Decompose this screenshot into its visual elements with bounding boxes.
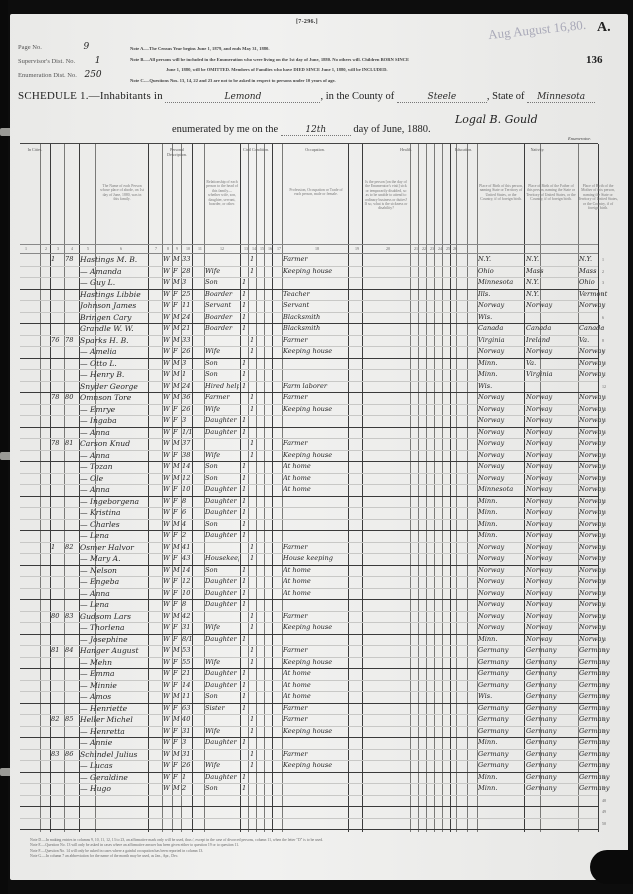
sex-value: M bbox=[173, 382, 181, 390]
dwelling-number: 83 bbox=[51, 750, 64, 758]
column-number: 2 bbox=[45, 246, 47, 251]
married-mark: 1 bbox=[250, 347, 256, 355]
person-name: Hanger August bbox=[80, 646, 162, 655]
family-number: 81 bbox=[65, 439, 79, 447]
age-value: 14 bbox=[182, 681, 193, 689]
birthplace-person: Norway bbox=[478, 543, 524, 551]
birthplace-father: N.Y. bbox=[526, 278, 576, 286]
enumerator-label: Enumerator. bbox=[568, 136, 591, 141]
married-mark: 1 bbox=[250, 439, 256, 447]
page-no-value: 9 bbox=[83, 42, 89, 52]
color-value: W bbox=[163, 715, 172, 723]
single-mark: 1 bbox=[242, 520, 248, 528]
birthplace-father: Norway bbox=[526, 600, 576, 608]
line-number: 1 bbox=[602, 257, 604, 262]
married-mark: 1 bbox=[250, 658, 256, 666]
table-row: 50 bbox=[20, 818, 598, 831]
birthplace-father: Norway bbox=[526, 508, 576, 516]
nativity-group-header: Nativity. bbox=[477, 147, 598, 152]
person-name: — Anna bbox=[80, 589, 162, 598]
relationship-value: Daughter bbox=[205, 669, 239, 677]
birthplace-father: Norway bbox=[526, 347, 576, 355]
age-value: 21 bbox=[182, 669, 193, 677]
occupation-value: Farmer bbox=[283, 439, 347, 447]
birthplace-person: Norway bbox=[478, 416, 524, 424]
column-number: 13 bbox=[244, 246, 248, 251]
color-value: W bbox=[163, 347, 172, 355]
birthplace-father: Mass bbox=[526, 267, 576, 275]
sex-value: F bbox=[173, 681, 181, 689]
birthplace-mother: Norway bbox=[579, 405, 619, 413]
person-name: — Annie bbox=[80, 738, 162, 747]
age-value: 36 bbox=[182, 393, 193, 401]
person-name: Gudsom Lars bbox=[80, 612, 162, 621]
color-value: W bbox=[163, 439, 172, 447]
birthplace-father: Norway bbox=[526, 416, 576, 424]
color-value: W bbox=[163, 278, 172, 286]
birthplace-mother: Norway bbox=[579, 566, 619, 574]
column-number: 18 bbox=[315, 246, 319, 251]
line-number: 31 bbox=[602, 602, 606, 607]
birthplace-father: Germany bbox=[526, 784, 576, 792]
column-number: 23 bbox=[430, 246, 434, 251]
note-a: Note A.—The Census Year begins June 1, 1… bbox=[130, 46, 270, 51]
age-value: 8/12 bbox=[182, 635, 193, 643]
person-name: — Ingaba bbox=[80, 416, 162, 425]
state-value: Minnesota bbox=[527, 92, 595, 103]
occupation-value: Farmer bbox=[283, 715, 347, 723]
birthplace-person: Germany bbox=[478, 646, 524, 654]
relationship-value: Wife bbox=[205, 267, 239, 275]
birthplace-mother: Norway bbox=[579, 370, 619, 378]
sex-value: M bbox=[173, 255, 181, 263]
birthplace-mother: Germany bbox=[579, 715, 619, 723]
dwelling-number: 1 bbox=[51, 255, 64, 263]
color-value: W bbox=[163, 462, 172, 470]
birthplace-mother: Germany bbox=[579, 658, 619, 666]
line-number: 11 bbox=[602, 372, 606, 377]
color-value: W bbox=[163, 784, 172, 792]
color-value: W bbox=[163, 646, 172, 654]
birthplace-person: Minn. bbox=[478, 531, 524, 539]
birthplace-father: Virginia bbox=[526, 370, 576, 378]
column-number: 3 bbox=[57, 246, 59, 251]
person-name: — Emma bbox=[80, 669, 162, 678]
column-number: 7 bbox=[155, 246, 157, 251]
birthplace-person: Minn. bbox=[478, 773, 524, 781]
birthplace-father: Norway bbox=[526, 612, 576, 620]
line-number: 14 bbox=[602, 407, 606, 412]
column-number: 22 bbox=[422, 246, 426, 251]
line-number: 25 bbox=[602, 533, 606, 538]
occupation-value: Farmer bbox=[283, 750, 347, 758]
color-value: W bbox=[163, 704, 172, 712]
age-value: 26 bbox=[182, 405, 193, 413]
single-mark: 1 bbox=[242, 278, 248, 286]
scanner-thumb-shadow bbox=[590, 850, 633, 884]
line-number: 10 bbox=[602, 361, 606, 366]
relationship-value: Wife bbox=[205, 658, 239, 666]
birthplace-mother: Norway bbox=[579, 497, 619, 505]
age-value: 3 bbox=[182, 359, 193, 367]
person-name: Bringen Cary bbox=[80, 313, 162, 322]
birthplace-person: Germany bbox=[478, 750, 524, 758]
age-value: 6 bbox=[182, 508, 193, 516]
column-number: 14 bbox=[252, 246, 256, 251]
sex-value: M bbox=[173, 474, 181, 482]
line-number: 50 bbox=[602, 821, 606, 826]
column-number: 6 bbox=[120, 246, 122, 251]
sex-value: F bbox=[173, 267, 181, 275]
sex-value: F bbox=[173, 485, 181, 493]
sex-value: F bbox=[173, 727, 181, 735]
birthplace-mother: Norway bbox=[579, 451, 619, 459]
column-number: 26 bbox=[453, 246, 457, 251]
relationship-value: Daughter bbox=[205, 600, 239, 608]
occupation-column-header: Profession, Occupation or Trade of each … bbox=[286, 188, 346, 197]
single-mark: 1 bbox=[242, 382, 248, 390]
single-mark: 1 bbox=[242, 589, 248, 597]
birthplace-person: Norway bbox=[478, 428, 524, 436]
single-mark: 1 bbox=[242, 635, 248, 643]
sex-value: M bbox=[173, 324, 181, 332]
occupation-value: At home bbox=[283, 692, 347, 700]
color-value: W bbox=[163, 566, 172, 574]
birthplace-mother: Norway bbox=[579, 623, 619, 631]
color-value: W bbox=[163, 474, 172, 482]
line-number: 8 bbox=[602, 338, 604, 343]
married-mark: 1 bbox=[250, 727, 256, 735]
health-group-header: Health. bbox=[362, 147, 450, 152]
age-value: 10 bbox=[182, 589, 193, 597]
person-name: — Nelson bbox=[80, 566, 162, 575]
line-number: 47 bbox=[602, 786, 606, 791]
relationship-value: Daughter bbox=[205, 589, 239, 597]
person-name: Grandle W. W. bbox=[80, 324, 162, 333]
census-table: In Cities. Personal Description. Civil C… bbox=[20, 143, 598, 832]
birthplace-father: Norway bbox=[526, 577, 576, 585]
birthplace-mother: Germany bbox=[579, 738, 619, 746]
color-value: W bbox=[163, 750, 172, 758]
line-number: 9 bbox=[602, 349, 604, 354]
birthplace-mother: Norway bbox=[579, 577, 619, 585]
age-value: 38 bbox=[182, 451, 193, 459]
relationship-value: Hired help bbox=[205, 382, 239, 390]
relationship-value: Boarder bbox=[205, 313, 239, 321]
age-value: 55 bbox=[182, 658, 193, 666]
sex-value: F bbox=[173, 738, 181, 746]
birthplace-father: Norway bbox=[526, 462, 576, 470]
age-value: 11 bbox=[182, 692, 193, 700]
sex-value: M bbox=[173, 278, 181, 286]
sex-value: M bbox=[173, 520, 181, 528]
birthplace-mother: Norway bbox=[579, 301, 619, 309]
age-value: 12 bbox=[182, 474, 193, 482]
person-name: — Amanda bbox=[80, 267, 162, 276]
occupation-value: Keeping house bbox=[283, 405, 347, 413]
sex-value: F bbox=[173, 451, 181, 459]
birthplace-mother: Norway bbox=[579, 474, 619, 482]
birthplace-person: Norway bbox=[478, 474, 524, 482]
birthplace-person: Wis. bbox=[478, 313, 524, 321]
age-value: 28 bbox=[182, 267, 193, 275]
schedule-letter: A. bbox=[597, 20, 611, 36]
occupation-value: Farmer bbox=[283, 646, 347, 654]
married-mark: 1 bbox=[250, 405, 256, 413]
occupation-value: At home bbox=[283, 577, 347, 585]
age-value: 43 bbox=[182, 554, 193, 562]
single-mark: 1 bbox=[242, 370, 248, 378]
color-value: W bbox=[163, 324, 172, 332]
person-name: — Tozan bbox=[80, 462, 162, 471]
age-value: 12 bbox=[182, 577, 193, 585]
relationship-value: Daughter bbox=[205, 497, 239, 505]
single-mark: 1 bbox=[242, 566, 248, 574]
line-number: 20 bbox=[602, 476, 606, 481]
column-number-row: 1234567891011121314151617181920212223242… bbox=[20, 244, 598, 254]
single-mark: 1 bbox=[242, 600, 248, 608]
enumerator-signature: Logal B. Gould bbox=[455, 113, 538, 126]
birthplace-person: Norway bbox=[478, 589, 524, 597]
column-number: 19 bbox=[355, 246, 359, 251]
column-number: 16 bbox=[268, 246, 272, 251]
page-no-label: Page No. bbox=[18, 44, 42, 51]
single-mark: 1 bbox=[242, 531, 248, 539]
person-name: — Lena bbox=[80, 531, 162, 540]
single-mark: 1 bbox=[242, 462, 248, 470]
birthplace-person: Norway bbox=[478, 600, 524, 608]
color-value: W bbox=[163, 589, 172, 597]
birthplace-person: Minn. bbox=[478, 784, 524, 792]
sex-value: F bbox=[173, 589, 181, 597]
color-value: W bbox=[163, 497, 172, 505]
birthplace-person: Wis. bbox=[478, 692, 524, 700]
age-value: 8 bbox=[182, 600, 193, 608]
line-number: 4 bbox=[602, 292, 604, 297]
sex-value: M bbox=[173, 692, 181, 700]
birthplace-father: Germany bbox=[526, 750, 576, 758]
birthplace-person: Ills. bbox=[478, 290, 524, 298]
line-number: 30 bbox=[602, 591, 606, 596]
birthplace-mother: Norway bbox=[579, 531, 619, 539]
birthplace-father: Canada bbox=[526, 324, 576, 332]
column-header-area: In Cities. Personal Description. Civil C… bbox=[20, 144, 598, 244]
birthplace-person: Germany bbox=[478, 704, 524, 712]
person-name: — Ole bbox=[80, 474, 162, 483]
relationship-value: Daughter bbox=[205, 485, 239, 493]
relationship-value: Daughter bbox=[205, 738, 239, 746]
single-mark: 1 bbox=[242, 692, 248, 700]
line-number: 12 bbox=[602, 384, 606, 389]
married-mark: 1 bbox=[250, 554, 256, 562]
person-name: — Josephine bbox=[80, 635, 162, 644]
birthplace-person: Norway bbox=[478, 451, 524, 459]
birthplace-mother: Norway bbox=[579, 416, 619, 424]
line-number: 16 bbox=[602, 430, 606, 435]
color-value: W bbox=[163, 681, 172, 689]
dwelling-number: 80 bbox=[51, 612, 64, 620]
column-number: 9 bbox=[176, 246, 178, 251]
color-value: W bbox=[163, 531, 172, 539]
line-number: 21 bbox=[602, 487, 606, 492]
birthplace-mother-header: Place of Birth of the Mother of this per… bbox=[578, 184, 618, 210]
person-name: — Anna bbox=[80, 428, 162, 437]
sex-value: F bbox=[173, 497, 181, 505]
supervisor-dist-label: Supervisor's Dist. No. bbox=[18, 58, 75, 65]
person-name: — Emrye bbox=[80, 405, 162, 414]
birthplace-person: Norway bbox=[478, 623, 524, 631]
birthplace-father: Germany bbox=[526, 692, 576, 700]
married-mark: 1 bbox=[250, 750, 256, 758]
occupation-value: At home bbox=[283, 474, 347, 482]
person-name: — Amelia bbox=[80, 347, 162, 356]
relationship-value: Wife bbox=[205, 451, 239, 459]
sex-value: F bbox=[173, 704, 181, 712]
person-name: Johnson James bbox=[80, 301, 162, 310]
birthplace-person: Virginia bbox=[478, 336, 524, 344]
sex-value: M bbox=[173, 566, 181, 574]
line-number: 24 bbox=[602, 522, 606, 527]
single-mark: 1 bbox=[242, 428, 248, 436]
page-no-field: Page No. 9 bbox=[18, 42, 89, 52]
occupation-value: Keeping house bbox=[283, 658, 347, 666]
occupation-value: At home bbox=[283, 589, 347, 597]
color-value: W bbox=[163, 635, 172, 643]
birthplace-father: Norway bbox=[526, 635, 576, 643]
single-mark: 1 bbox=[242, 508, 248, 516]
line-number: 18 bbox=[602, 453, 606, 458]
occupation-value: Blacksmith bbox=[283, 324, 347, 332]
enumeration-date-line: enumerated by me on the 12th day of June… bbox=[172, 124, 431, 136]
column-number: 11 bbox=[198, 246, 202, 251]
birthplace-father: Germany bbox=[526, 646, 576, 654]
birthplace-mother: Norway bbox=[579, 543, 619, 551]
person-name: — Thorlena bbox=[80, 623, 162, 632]
sex-value: F bbox=[173, 301, 181, 309]
color-value: W bbox=[163, 761, 172, 769]
birthplace-person: Norway bbox=[478, 393, 524, 401]
birthplace-father-header: Place of Birth of the Father of this per… bbox=[526, 184, 576, 202]
township-value: Lemond bbox=[165, 92, 320, 103]
birthplace-mother: Norway bbox=[579, 589, 619, 597]
sex-value: M bbox=[173, 784, 181, 792]
married-mark: 1 bbox=[250, 715, 256, 723]
age-value: 41 bbox=[182, 543, 193, 551]
occupation-value: At home bbox=[283, 681, 347, 689]
footnotes: Note D.—In making entries in columns 9, … bbox=[30, 838, 323, 860]
sex-value: F bbox=[173, 623, 181, 631]
age-value: 1/12 bbox=[182, 428, 193, 436]
birthplace-mother: Ohio bbox=[579, 278, 619, 286]
age-value: 21 bbox=[182, 324, 193, 332]
birthplace-person: Minn. bbox=[478, 508, 524, 516]
relationship-value: Daughter bbox=[205, 508, 239, 516]
line-number: 7 bbox=[602, 326, 604, 331]
column-number: 10 bbox=[186, 246, 190, 251]
color-value: W bbox=[163, 301, 172, 309]
birthplace-father: Norway bbox=[526, 531, 576, 539]
age-value: 4 bbox=[182, 520, 193, 528]
sex-value: F bbox=[173, 531, 181, 539]
color-value: W bbox=[163, 508, 172, 516]
relationship-value: Wife bbox=[205, 727, 239, 735]
sex-value: F bbox=[173, 554, 181, 562]
age-value: 31 bbox=[182, 623, 193, 631]
birthplace-mother: Norway bbox=[579, 612, 619, 620]
relationship-value: Daughter bbox=[205, 577, 239, 585]
birthplace-father: Germany bbox=[526, 658, 576, 666]
line-number: 19 bbox=[602, 464, 606, 469]
sex-value: M bbox=[173, 313, 181, 321]
line-number: 44 bbox=[602, 752, 606, 757]
line-number: 42 bbox=[602, 729, 606, 734]
family-number: 84 bbox=[65, 646, 79, 654]
birthplace-person: Minn. bbox=[478, 635, 524, 643]
birthplace-father: Norway bbox=[526, 566, 576, 574]
birthplace-father: Germany bbox=[526, 738, 576, 746]
column-number: 12 bbox=[220, 246, 224, 251]
color-value: W bbox=[163, 692, 172, 700]
sex-value: F bbox=[173, 773, 181, 781]
relationship-value: Son bbox=[205, 462, 239, 470]
age-value: 53 bbox=[182, 646, 193, 654]
color-value: W bbox=[163, 267, 172, 275]
birthplace-mother: Norway bbox=[579, 635, 619, 643]
single-mark: 1 bbox=[242, 681, 248, 689]
age-value: 25 bbox=[182, 290, 193, 298]
age-value: 37 bbox=[182, 439, 193, 447]
sex-value: F bbox=[173, 577, 181, 585]
relationship-value: Son bbox=[205, 359, 239, 367]
birthplace-father: Norway bbox=[526, 497, 576, 505]
birthplace-mother: Norway bbox=[579, 347, 619, 355]
relationship-value: Son bbox=[205, 784, 239, 792]
enumeration-dist-field: Enumeration Dist. No. 250 bbox=[18, 70, 102, 80]
birthplace-father: Norway bbox=[526, 405, 576, 413]
person-name: — Henretta bbox=[80, 727, 162, 736]
sex-value: F bbox=[173, 635, 181, 643]
line-number: 36 bbox=[602, 660, 606, 665]
birthplace-person: Norway bbox=[478, 347, 524, 355]
line-number: 45 bbox=[602, 763, 606, 768]
birthplace-person: N.Y. bbox=[478, 255, 524, 263]
single-mark: 1 bbox=[242, 577, 248, 585]
dwelling-number: 1 bbox=[51, 543, 64, 551]
line-number: 2 bbox=[602, 269, 604, 274]
occupation-value: Farmer bbox=[283, 543, 347, 551]
sex-value: F bbox=[173, 428, 181, 436]
color-value: W bbox=[163, 382, 172, 390]
schedule-title: SCHEDULE 1.—Inhabitants in Lemond, in th… bbox=[18, 90, 595, 103]
birthplace-mother: Germany bbox=[579, 692, 619, 700]
occupation-value: Keeping house bbox=[283, 623, 347, 631]
birthplace-mother: Germany bbox=[579, 704, 619, 712]
sex-value: M bbox=[173, 336, 181, 344]
color-value: W bbox=[163, 773, 172, 781]
color-value: W bbox=[163, 623, 172, 631]
line-number: 13 bbox=[602, 395, 606, 400]
age-value: 42 bbox=[182, 612, 193, 620]
color-value: W bbox=[163, 577, 172, 585]
county-value: Steele bbox=[397, 92, 487, 103]
person-name: — Henry B. bbox=[80, 370, 162, 379]
person-name: — Geraldine bbox=[80, 773, 162, 782]
occupation-value: Keeping house bbox=[283, 727, 347, 735]
color-value: W bbox=[163, 738, 172, 746]
family-number: 86 bbox=[65, 750, 79, 758]
age-value: 11 bbox=[182, 301, 193, 309]
age-value: 24 bbox=[182, 382, 193, 390]
